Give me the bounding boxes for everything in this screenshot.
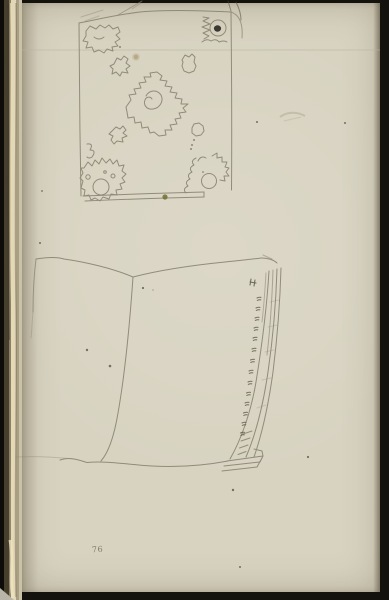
corner-motif-top-left bbox=[83, 25, 120, 53]
stray-strokes bbox=[81, 1, 242, 38]
binding-texture bbox=[0, 3, 16, 600]
fore-edge-lettering-marks bbox=[241, 279, 262, 435]
sprig-lower-left bbox=[109, 126, 127, 144]
corner-motif-bottom-left bbox=[80, 144, 126, 201]
paper-specks-and-stains bbox=[39, 46, 346, 568]
pencil-drawing-layer bbox=[0, 0, 389, 600]
sprig-upper-left bbox=[110, 56, 130, 76]
ring-dark-center bbox=[214, 25, 221, 31]
corner-motif-top-right bbox=[202, 17, 227, 42]
panel-frame bbox=[79, 10, 232, 201]
folio-inscription: 76 bbox=[92, 546, 104, 555]
book-pages-outline bbox=[16, 255, 277, 466]
medallion-ring bbox=[144, 91, 162, 109]
ink-spot bbox=[162, 194, 167, 199]
book-fore-edge-band bbox=[230, 268, 281, 459]
sprig-upper-right bbox=[182, 54, 196, 73]
ornamental-square-sketch bbox=[79, 1, 242, 201]
corner-motif-bottom-right bbox=[184, 153, 229, 193]
central-medallion bbox=[126, 72, 188, 136]
sprig-lower-right bbox=[190, 123, 204, 150]
book-spine bbox=[101, 277, 133, 461]
open-book-sketch bbox=[16, 255, 281, 471]
sketchbook-page-scan: 76 bbox=[0, 0, 389, 600]
